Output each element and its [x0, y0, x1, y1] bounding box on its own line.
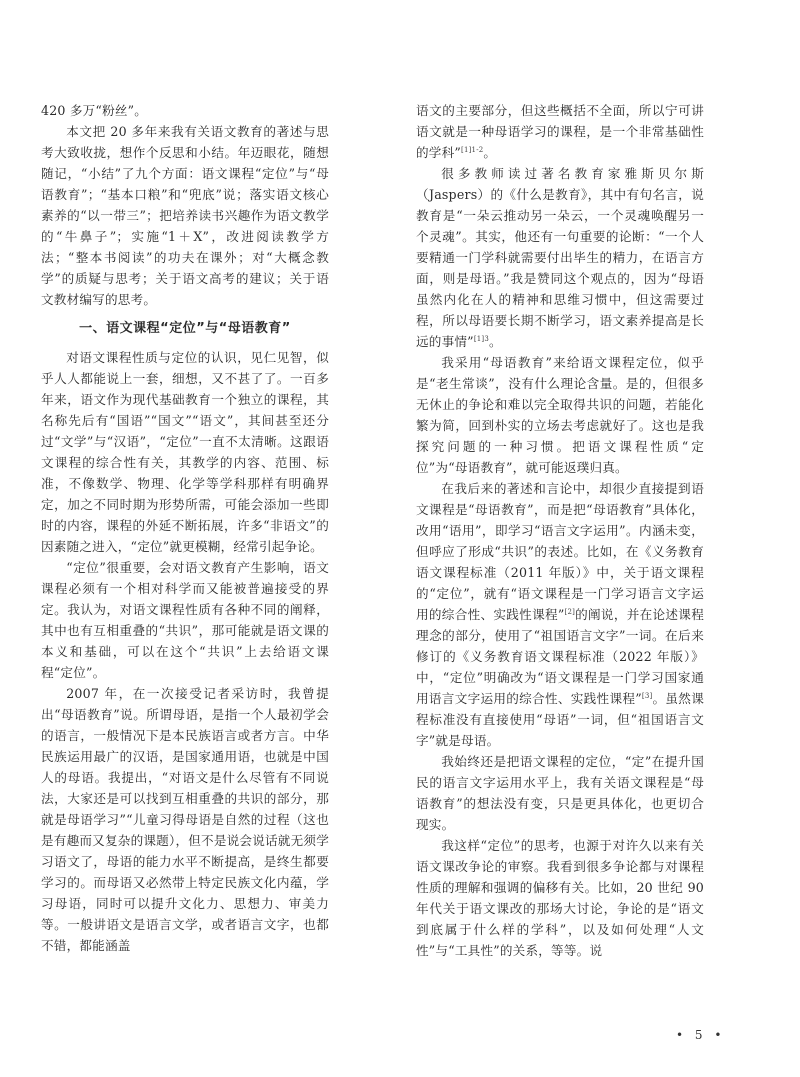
citation-ref: [3] — [642, 692, 653, 700]
right-column: 语文的主要部分，但这些概括不全面，所以宁可讲语文就是一种母语学习的课程，是一个非… — [416, 100, 704, 961]
citation-ref: [1]1-2 — [461, 146, 483, 154]
paragraph: 很多教师读过著名教育家雅斯贝尔斯（Jaspers）的《什么是教育》，其中有句名言… — [416, 163, 704, 352]
paragraph: 我采用“母语教育”来给语文课程定位，似乎是“老生常谈”，没有什么理论含量。是的，… — [416, 352, 704, 478]
paragraph: 420 多万“粉丝”。 — [41, 100, 329, 121]
citation-ref: [1]3 — [474, 335, 489, 343]
paragraph-text: 。 — [483, 145, 496, 160]
section-heading: 一、语文课程“定位”与“母语教育” — [41, 318, 329, 339]
paragraph: 对语文课程性质与定位的认识，见仁见智，似乎人人都能说上一套，细想，又不甚了了。一… — [41, 347, 329, 557]
paragraph: “定位”很重要，会对语文教育产生影响，语文课程必须有一个相对科学而又能被普遍接受… — [41, 557, 329, 683]
paragraph-text: 语文的主要部分，但这些概括不全面，所以宁可讲语文就是一种母语学习的课程，是一个非… — [416, 103, 704, 160]
left-column: 420 多万“粉丝”。 本文把 20 多年来我有关语文教育的著述与思考大致收拢，… — [41, 100, 329, 956]
paragraph-text: 。 — [489, 334, 502, 349]
paragraph: 我始终还是把语文课程的定位，“定”在提升国民的语言文字运用水平上，我有关语文课程… — [416, 751, 704, 835]
paragraph: 2007 年，在一次接受记者采访时，我曾提出“母语教育”说。所谓母语，是指一个人… — [41, 683, 329, 956]
citation-ref: [2] — [565, 608, 576, 616]
page-number: • 5 • — [676, 1028, 725, 1042]
paragraph: 我这样“定位”的思考，也源于对许久以来有关语文课改争论的审察。我看到很多争论都与… — [416, 835, 704, 961]
paragraph: 语文的主要部分，但这些概括不全面，所以宁可讲语文就是一种母语学习的课程，是一个非… — [416, 100, 704, 163]
paragraph-text: 很多教师读过著名教育家雅斯贝尔斯（Jaspers）的《什么是教育》，其中有句名言… — [416, 166, 704, 349]
paragraph: 本文把 20 多年来我有关语文教育的著述与思考大致收拢，想作个反思和小结。年迈眼… — [41, 121, 329, 310]
paragraph-text: 在我后来的著述和言论中，却很少直接提到语文课程是“母语教育”，而是把“母语教育”… — [416, 481, 704, 622]
paragraph: 在我后来的著述和言论中，却很少直接提到语文课程是“母语教育”，而是把“母语教育”… — [416, 478, 704, 751]
